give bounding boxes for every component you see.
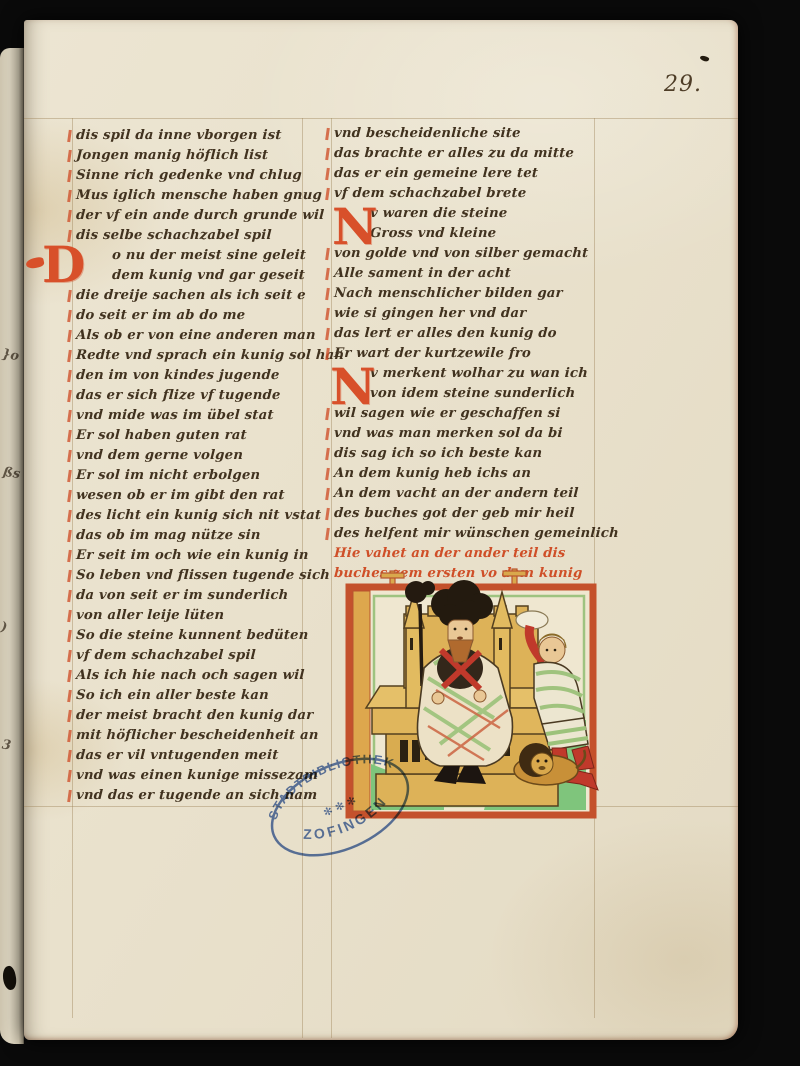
verse-line: das er ein gemeine lere tet bbox=[333, 164, 602, 184]
verse-line: des buches got der geb mir heil bbox=[333, 504, 602, 524]
ink-fragment: 3 bbox=[1, 737, 12, 753]
verse-line: Er seit im och wie ein kunig in bbox=[75, 546, 328, 566]
verse-line: vnd was man merken sol da bi bbox=[333, 424, 602, 444]
verse-line: der meist bracht den kunig dar bbox=[75, 706, 328, 726]
verse-line: dis sag ich so ich beste kan bbox=[333, 444, 602, 464]
ink-fragment: }o bbox=[1, 347, 20, 364]
verse-line: des helfent mir wünschen gemeinlich bbox=[333, 524, 602, 544]
rubric-line: Hie vahet an der ander teil dis bbox=[333, 544, 602, 564]
folio-number: 29. bbox=[664, 72, 702, 97]
manuscript-scan: }o ßs ) 3 29. dis spil da inne vborgen i… bbox=[0, 0, 800, 1066]
verse-line: vnd bescheidenliche site bbox=[333, 124, 602, 144]
verse-line: da von seit er im sunderlich bbox=[75, 586, 328, 606]
verse-line: Er sol haben guten rat bbox=[75, 426, 328, 446]
verse-line: vnd mide was im übel stat bbox=[75, 406, 328, 426]
verse-line: o nu der meist sine geleit bbox=[75, 246, 328, 266]
verse-line: dis selbe schachzabel spil bbox=[75, 226, 328, 246]
verse-line: vnd dem gerne volgen bbox=[75, 446, 328, 466]
ink-blot bbox=[1, 965, 19, 991]
verse-line: das brachte er alles zu da mitte bbox=[333, 144, 602, 164]
verse-line: Er sol im nicht erbolgen bbox=[75, 466, 328, 486]
ink-speck bbox=[699, 54, 709, 62]
decorated-initial-D: D bbox=[42, 242, 85, 288]
cushion bbox=[516, 611, 548, 629]
verse-line: der vf ein ande durch grunde wil bbox=[75, 206, 328, 226]
verse-line: So die steine kunnent bedüten bbox=[75, 626, 328, 646]
verse-line: die dreije sachen als ich seit e bbox=[75, 286, 328, 306]
verse-line: An dem vacht an der andern teil bbox=[333, 484, 602, 504]
verse-line: dem kunig vnd gar geseit bbox=[75, 266, 328, 286]
verse-line: Sinne rich gedenke vnd chlug bbox=[75, 166, 328, 186]
verse-line: von aller leije lüten bbox=[75, 606, 328, 626]
verse-line: mit höflicher bescheidenheit an bbox=[75, 726, 328, 746]
verse-line: den im von kindes jugende bbox=[75, 366, 328, 386]
verse-line: Als ob er von eine anderen man bbox=[75, 326, 328, 346]
decorated-initial-N1: N bbox=[332, 204, 378, 250]
verse-line: wie si gingen her vnd dar bbox=[333, 304, 602, 324]
verse-line: das ob im mag nütze sin bbox=[75, 526, 328, 546]
text-column-right: vnd bescheidenliche sitedas brachte er a… bbox=[334, 124, 602, 584]
verse-line: dis spil da inne vborgen ist bbox=[75, 126, 328, 146]
verse-line: So leben vnd flissen tugende sich bbox=[75, 566, 328, 586]
ruling-horizontal-top bbox=[24, 118, 738, 119]
verse-line: Als ich hie nach och sagen wil bbox=[75, 666, 328, 686]
verse-line: Nach menschlicher bilden gar bbox=[333, 284, 602, 304]
verse-line: Alle sament in der acht bbox=[333, 264, 602, 284]
verse-line: vf dem schachzabel spil bbox=[75, 646, 328, 666]
text-column-left: dis spil da inne vborgen istJongen manig… bbox=[76, 126, 328, 806]
verse-line: wesen ob er im gibt den rat bbox=[75, 486, 328, 506]
ruling-vertical-mid2 bbox=[331, 118, 332, 1038]
decorated-initial-N2: N bbox=[330, 364, 376, 410]
ink-fragment: ßs bbox=[2, 465, 21, 482]
verse-line: des licht ein kunig sich nit vstat bbox=[75, 506, 328, 526]
verse-line: Redte vnd sprach ein kunig sol han bbox=[75, 346, 328, 366]
facing-page-edge: }o ßs ) 3 bbox=[0, 48, 24, 1044]
verse-line: das er sich flize vf tugende bbox=[75, 386, 328, 406]
verse-line: do seit er im ab do me bbox=[75, 306, 328, 326]
verse-line: An dem kunig heb ichs an bbox=[333, 464, 602, 484]
ink-fragment: ) bbox=[0, 620, 8, 636]
verse-line: das lert er alles den kunig do bbox=[333, 324, 602, 344]
verse-line: So ich ein aller beste kan bbox=[75, 686, 328, 706]
verse-line: Jongen manig höflich list bbox=[75, 146, 328, 166]
verse-line: Mus iglich mensche haben gnug bbox=[75, 186, 328, 206]
manuscript-page: 29. dis spil da inne vborgen istJongen m… bbox=[24, 20, 738, 1040]
